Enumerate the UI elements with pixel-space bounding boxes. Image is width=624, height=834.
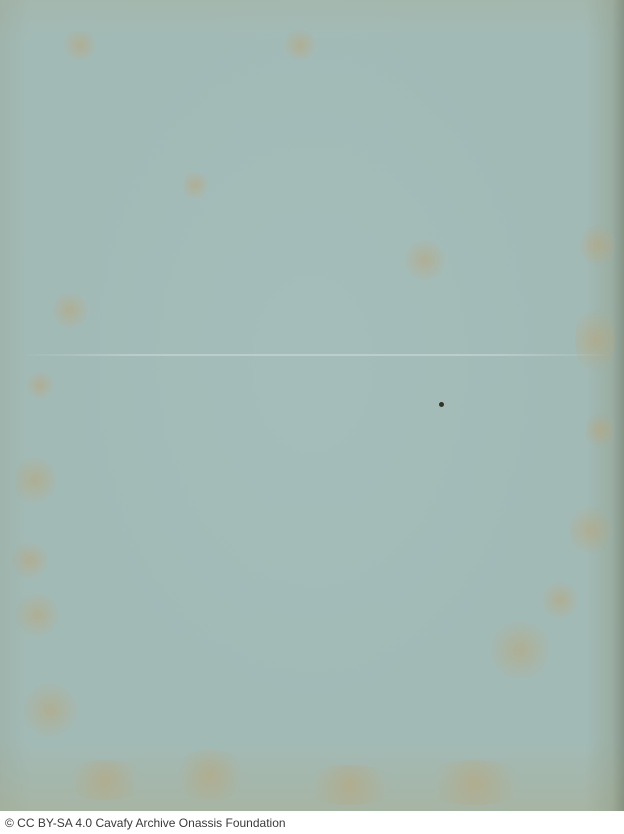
foxing-stain — [60, 760, 150, 800]
foxing-stain — [420, 760, 530, 805]
foxing-stain — [180, 170, 210, 200]
foxing-stain — [25, 370, 55, 400]
foxing-stain — [540, 580, 580, 620]
foxing-stain — [50, 290, 90, 330]
foxing-stain — [20, 680, 80, 740]
foxing-stain — [10, 540, 50, 580]
foxing-stain — [485, 620, 555, 680]
foxing-stain — [580, 220, 615, 270]
foxing-stain — [575, 300, 615, 380]
ink-speck — [439, 402, 444, 407]
foxing-stain — [585, 410, 615, 450]
foxing-stain — [280, 30, 320, 60]
foxing-stain — [300, 765, 400, 805]
paper-crease — [20, 354, 610, 356]
foxing-stain — [60, 30, 100, 60]
foxing-stain — [170, 750, 250, 800]
scanned-page — [0, 0, 624, 811]
license-caption: © CC BY-SA 4.0 Cavafy Archive Onassis Fo… — [5, 814, 286, 832]
foxing-stain — [570, 500, 610, 560]
foxing-stain — [15, 450, 55, 510]
foxing-stain — [15, 590, 60, 640]
foxing-stain — [400, 240, 450, 280]
